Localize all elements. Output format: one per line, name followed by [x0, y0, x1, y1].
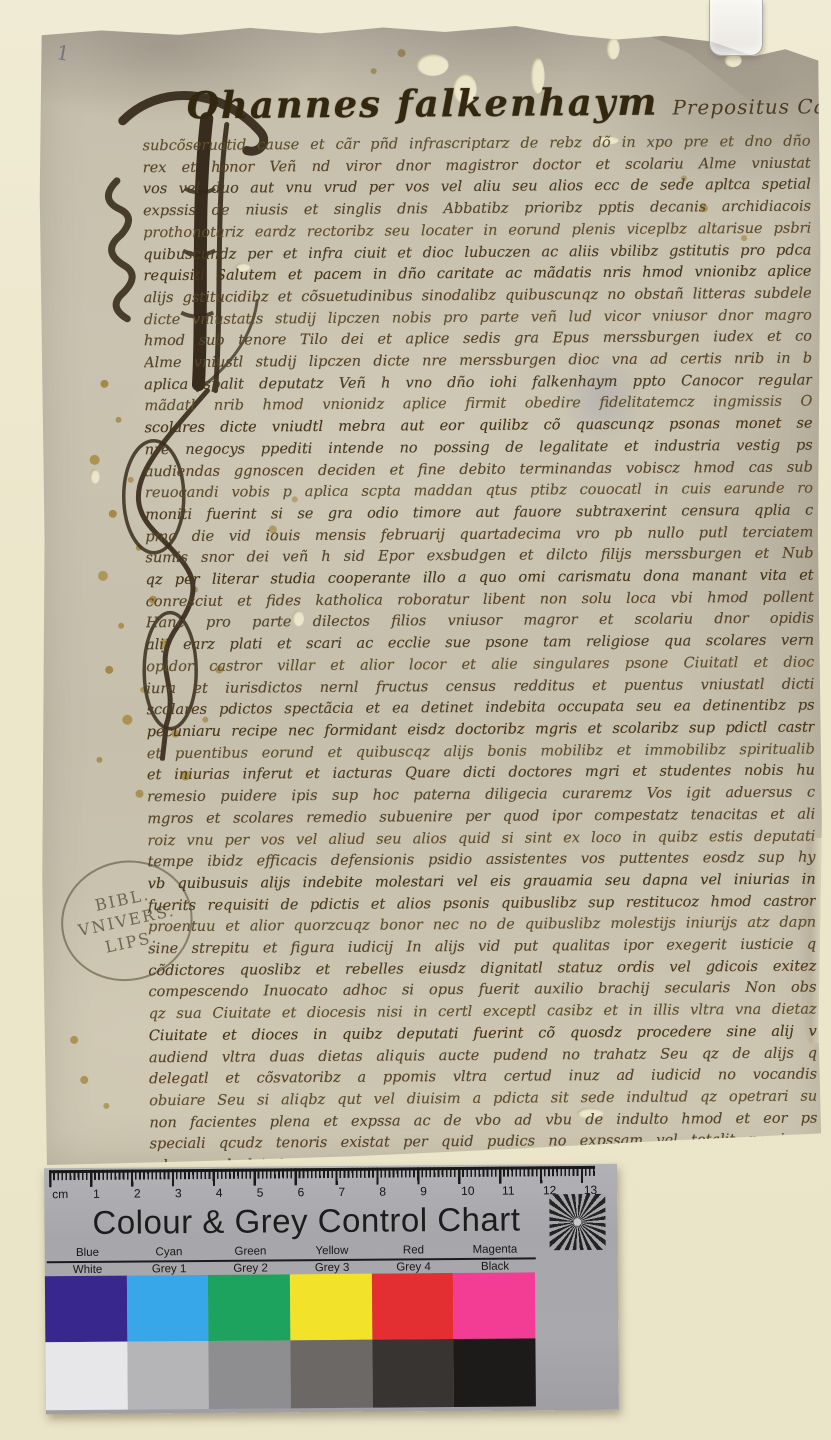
chart-title: Colour & Grey Control Chart [92, 1201, 520, 1242]
ruler-number: 8 [376, 1184, 417, 1198]
ruler-number: 5 [254, 1185, 295, 1199]
ruler-number: 11 [499, 1183, 540, 1197]
manuscript-text-block: subcõseruatid cause et cãr pñd infrascri… [143, 132, 818, 1178]
color-patch-green [208, 1274, 290, 1341]
heading-continuation: Prepositus Canonicor Regularium W [672, 92, 831, 119]
grey-patch-grey4 [372, 1339, 454, 1408]
ruler-number: 6 [295, 1185, 336, 1199]
ruler-number: 10 [458, 1184, 499, 1198]
patch-label-white: White [47, 1264, 129, 1277]
ruler-number: 3 [172, 1186, 213, 1200]
grey-patch-grey1 [127, 1341, 209, 1410]
patch-label-green: Green [210, 1245, 292, 1258]
ink-stain-dots [39, 25, 45, 31]
starburst-target-icon [549, 1194, 605, 1250]
color-patch-red [372, 1273, 454, 1340]
plastic-mounting-clip [709, 0, 763, 56]
patch-label-grey1: Grey 1 [128, 1263, 210, 1276]
ruler-number: 4 [213, 1186, 254, 1200]
color-patch-magenta [453, 1272, 535, 1339]
patch-label-magenta: Magenta [454, 1243, 536, 1256]
ruler-number: cm [49, 1187, 90, 1201]
color-patch-blue [45, 1276, 127, 1343]
color-control-chart: cm12345678910111213 Colour & Grey Contro… [44, 1164, 619, 1414]
patch-label-grey4: Grey 4 [373, 1261, 455, 1274]
patch-label-red: Red [373, 1244, 455, 1257]
color-patch-cyan [127, 1275, 209, 1342]
manuscript-text-line: speciali qcudz tenoris existat per quid … [150, 1130, 818, 1156]
parchment-hole [607, 38, 620, 60]
ruler-number: 9 [417, 1184, 458, 1198]
patch-label-grey2: Grey 2 [210, 1262, 292, 1275]
patch-label-cyan: Cyan [128, 1246, 210, 1259]
ruler-number: 1 [90, 1187, 131, 1201]
parchment-document: 1 Ohannes falkenhaymPrepositus Canonicor… [39, 23, 824, 1165]
photo-scan: { "manuscript": { "folio_number": "1", "… [0, 0, 831, 1440]
grey-patch-black [454, 1338, 536, 1407]
heading-line: Ohannes falkenhaymPrepositus Canonicor R… [187, 77, 827, 128]
patch-label-blue: Blue [47, 1247, 129, 1260]
heading-display-script: Ohannes falkenhaym [187, 80, 659, 128]
patch-grid [45, 1272, 536, 1410]
ruler-number: 2 [131, 1186, 172, 1200]
color-patch-yellow [290, 1274, 372, 1341]
grey-patch-grey3 [290, 1340, 372, 1409]
patch-label-yellow: Yellow [291, 1245, 373, 1258]
grey-patch-grey2 [209, 1340, 291, 1409]
parchment-hole [417, 54, 449, 76]
patch-label-black: Black [454, 1260, 536, 1273]
grey-patch-white [45, 1342, 127, 1411]
patch-label-grey3: Grey 3 [291, 1262, 373, 1275]
ruler-number: 7 [335, 1185, 376, 1199]
patch-label-row-color: Blue Cyan Green Yellow Red Magenta [47, 1243, 536, 1259]
